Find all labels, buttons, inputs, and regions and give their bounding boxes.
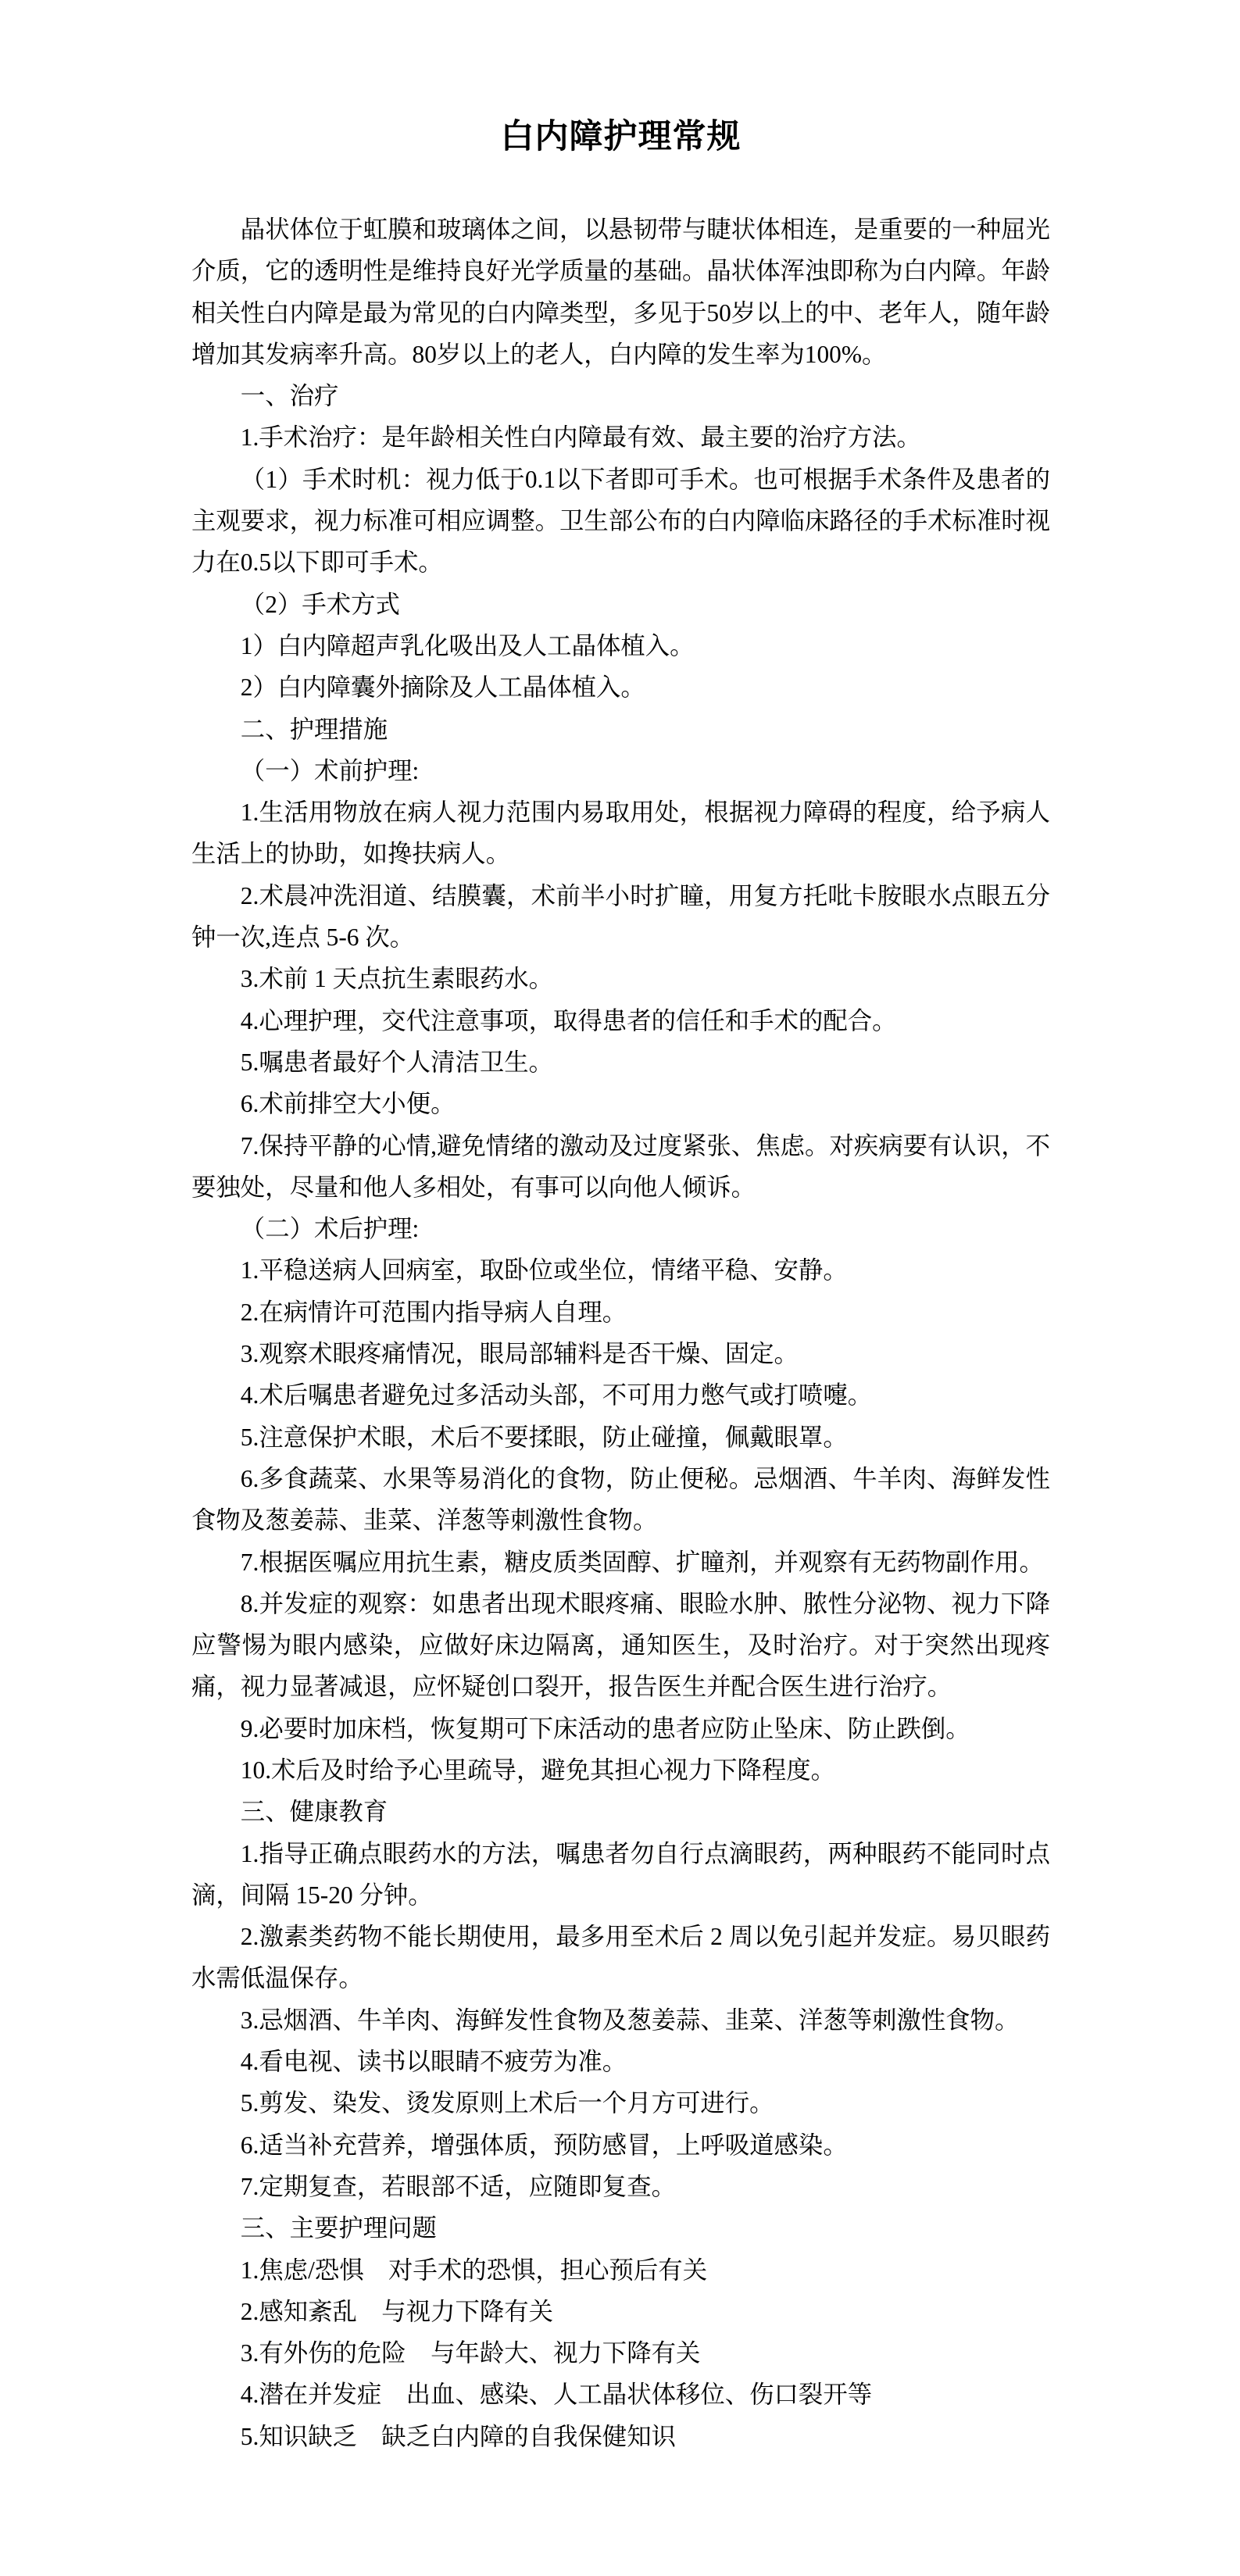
paragraph-17-sub-heading: （二）术后护理:	[191, 1208, 1050, 1249]
paragraph-18-item: 1.平稳送病人回病室，取卧位或坐位，情绪平稳、安静。	[191, 1249, 1050, 1291]
document-title: 白内障护理常规	[191, 113, 1050, 162]
paragraph-15-item: 6.术前排空大小便。	[191, 1083, 1050, 1124]
paragraph-28-section-heading: 三、健康教育	[191, 1791, 1050, 1832]
paragraph-22-item: 5.注意保护术眼，术后不要揉眼，防止碰撞，佩戴眼罩。	[191, 1417, 1050, 1458]
paragraph-16-item: 7.保持平静的心情,避免情绪的激动及过度紧张、焦虑。对疾病要有认识，不要独处，尽…	[191, 1125, 1050, 1209]
paragraph-31-item: 3.忌烟酒、牛羊肉、海鲜发性食物及葱姜蒜、韭菜、洋葱等刺激性食物。	[191, 1999, 1050, 2041]
paragraph-23-item: 6.多食蔬菜、水果等易消化的食物，防止便秘。忌烟酒、牛羊肉、海鲜发性食物及葱姜蒜…	[191, 1458, 1050, 1542]
paragraph-6-item: 1）白内障超声乳化吸出及人工晶体植入。	[191, 625, 1050, 666]
document-page: 白内障护理常规 晶状体位于虹膜和玻璃体之间，以悬韧带与睫状体相连，是重要的一种屈…	[0, 0, 1240, 2576]
paragraph-32-item: 4.看电视、读书以眼睛不疲劳为准。	[191, 2041, 1050, 2082]
paragraph-38-item: 2.感知紊乱 与视力下降有关	[191, 2291, 1050, 2332]
paragraph-8-section-heading: 二、护理措施	[191, 709, 1050, 750]
paragraph-12-item: 3.术前 1 天点抗生素眼药水。	[191, 958, 1050, 999]
paragraph-20-item: 3.观察术眼疼痛情况，眼局部辅料是否干燥、固定。	[191, 1333, 1050, 1374]
paragraph-41-item: 5.知识缺乏 缺乏白内障的自我保健知识	[191, 2416, 1050, 2457]
paragraph-21-item: 4.术后嘱患者避免过多活动头部，不可用力憋气或打喷嚏。	[191, 1374, 1050, 1416]
paragraph-40-item: 4.潜在并发症 出血、感染、人工晶状体移位、伤口裂开等	[191, 2374, 1050, 2415]
paragraph-34-item: 6.适当补充营养，增强体质，预防感冒，上呼吸道感染。	[191, 2124, 1050, 2166]
paragraph-35-item: 7.定期复查，若眼部不适，应随即复查。	[191, 2166, 1050, 2207]
document-content: 白内障护理常规 晶状体位于虹膜和玻璃体之间，以悬韧带与睫状体相连，是重要的一种屈…	[191, 0, 1050, 2457]
paragraph-29-item: 1.指导正确点眼药水的方法，嘱患者勿自行点滴眼药，两种眼药不能同时点滴，间隔 1…	[191, 1833, 1050, 1917]
paragraph-24-item: 7.根据医嘱应用抗生素，糖皮质类固醇、扩瞳剂，并观察有无药物副作用。	[191, 1542, 1050, 1583]
paragraph-9-sub-heading: （一）术前护理:	[191, 750, 1050, 791]
paragraph-27-item: 10.术后及时给予心里疏导，避免其担心视力下降程度。	[191, 1749, 1050, 1791]
paragraph-39-item: 3.有外伤的危险 与年龄大、视力下降有关	[191, 2332, 1050, 2374]
paragraph-10-item: 1.生活用物放在病人视力范围内易取用处，根据视力障碍的程度，给予病人生活上的协助…	[191, 791, 1050, 875]
paragraph-33-item: 5.剪发、染发、烫发原则上术后一个月方可进行。	[191, 2082, 1050, 2124]
paragraph-13-item: 4.心理护理，交代注意事项，取得患者的信任和手术的配合。	[191, 1000, 1050, 1041]
paragraph-2-section-heading: 一、治疗	[191, 375, 1050, 416]
paragraph-37-item: 1.焦虑/恐惧 对手术的恐惧，担心预后有关	[191, 2249, 1050, 2291]
paragraph-4-item: （1）手术时机：视力低于0.1以下者即可手术。也可根据手术条件及患者的主观要求，…	[191, 459, 1050, 584]
paragraph-11-item: 2.术晨冲洗泪道、结膜囊，术前半小时扩瞳，用复方托吡卡胺眼水点眼五分钟一次,连点…	[191, 875, 1050, 959]
paragraph-14-item: 5.嘱患者最好个人清洁卫生。	[191, 1041, 1050, 1083]
paragraph-7-item: 2）白内障囊外摘除及人工晶体植入。	[191, 666, 1050, 708]
paragraph-5-item: （2）手术方式	[191, 584, 1050, 625]
paragraph-26-item: 9.必要时加床档，恢复期可下床活动的患者应防止坠床、防止跌倒。	[191, 1708, 1050, 1749]
paragraph-3-item: 1.手术治疗：是年龄相关性白内障最有效、最主要的治疗方法。	[191, 416, 1050, 458]
paragraph-25-item: 8.并发症的观察：如患者出现术眼疼痛、眼睑水肿、脓性分泌物、视力下降应警惕为眼内…	[191, 1583, 1050, 1708]
paragraph-1-intro: 晶状体位于虹膜和玻璃体之间，以悬韧带与睫状体相连，是重要的一种屈光介质，它的透明…	[191, 209, 1050, 375]
paragraph-30-item: 2.激素类药物不能长期使用，最多用至术后 2 周以免引起并发症。易贝眼药水需低温…	[191, 1916, 1050, 1999]
document-body: 晶状体位于虹膜和玻璃体之间，以悬韧带与睫状体相连，是重要的一种屈光介质，它的透明…	[191, 209, 1050, 2457]
paragraph-19-item: 2.在病情许可范围内指导病人自理。	[191, 1292, 1050, 1333]
paragraph-36-section-heading: 三、主要护理问题	[191, 2207, 1050, 2249]
